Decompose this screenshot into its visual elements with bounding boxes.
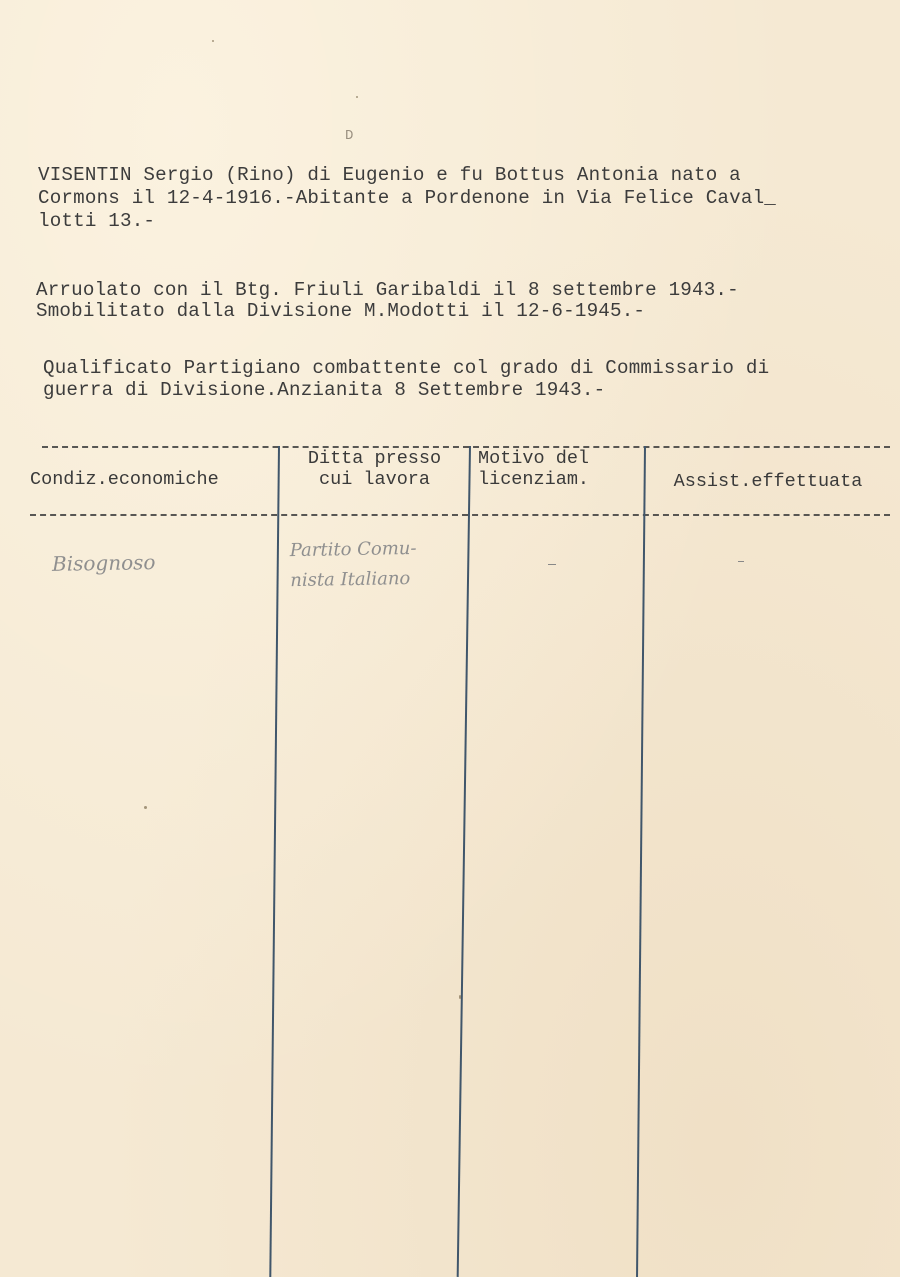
enlistment-line: Arruolato con il Btg. Friuli Garibaldi i…	[36, 279, 739, 301]
column-divider-1	[269, 446, 280, 1277]
details-line-1: VISENTIN Sergio (Rino) di Eugenio e fu B…	[38, 164, 741, 186]
paper-speck	[144, 806, 147, 809]
paper-speck	[212, 40, 214, 42]
header-motivo: Motivo del licenziam.	[478, 448, 628, 490]
header-condizioni-economiche: Condiz.economiche	[30, 469, 270, 490]
qualification-line-1: Qualificato Partigiano combattente col g…	[43, 357, 769, 379]
column-divider-3	[636, 446, 646, 1277]
header-ditta: Ditta presso cui lavora	[282, 448, 467, 490]
cell-motivo-dash	[548, 564, 556, 565]
details-line-2: Cormons il 12-4-1916.-Abitante a Pordeno…	[38, 187, 776, 209]
cell-condizioni-economiche: Bisognoso	[52, 547, 156, 579]
header-assistenza: Assist.effettuata	[648, 471, 888, 492]
qualification-line-2: guerra di Divisione.Anzianita 8 Settembr…	[43, 379, 605, 401]
column-divider-2	[457, 446, 471, 1277]
cell-assistenza-dash	[738, 561, 744, 562]
cell-ditta: Partito Comu- nista Italiano	[289, 534, 417, 596]
demobilization-line: Smobilitato dalla Divisione M.Modotti il…	[36, 300, 645, 322]
top-mark: D	[345, 128, 353, 144]
details-line-3: lotti 13.-	[38, 210, 155, 232]
paper-speck	[459, 995, 461, 999]
table-header-rule	[30, 514, 890, 516]
paper-speck	[356, 96, 358, 98]
